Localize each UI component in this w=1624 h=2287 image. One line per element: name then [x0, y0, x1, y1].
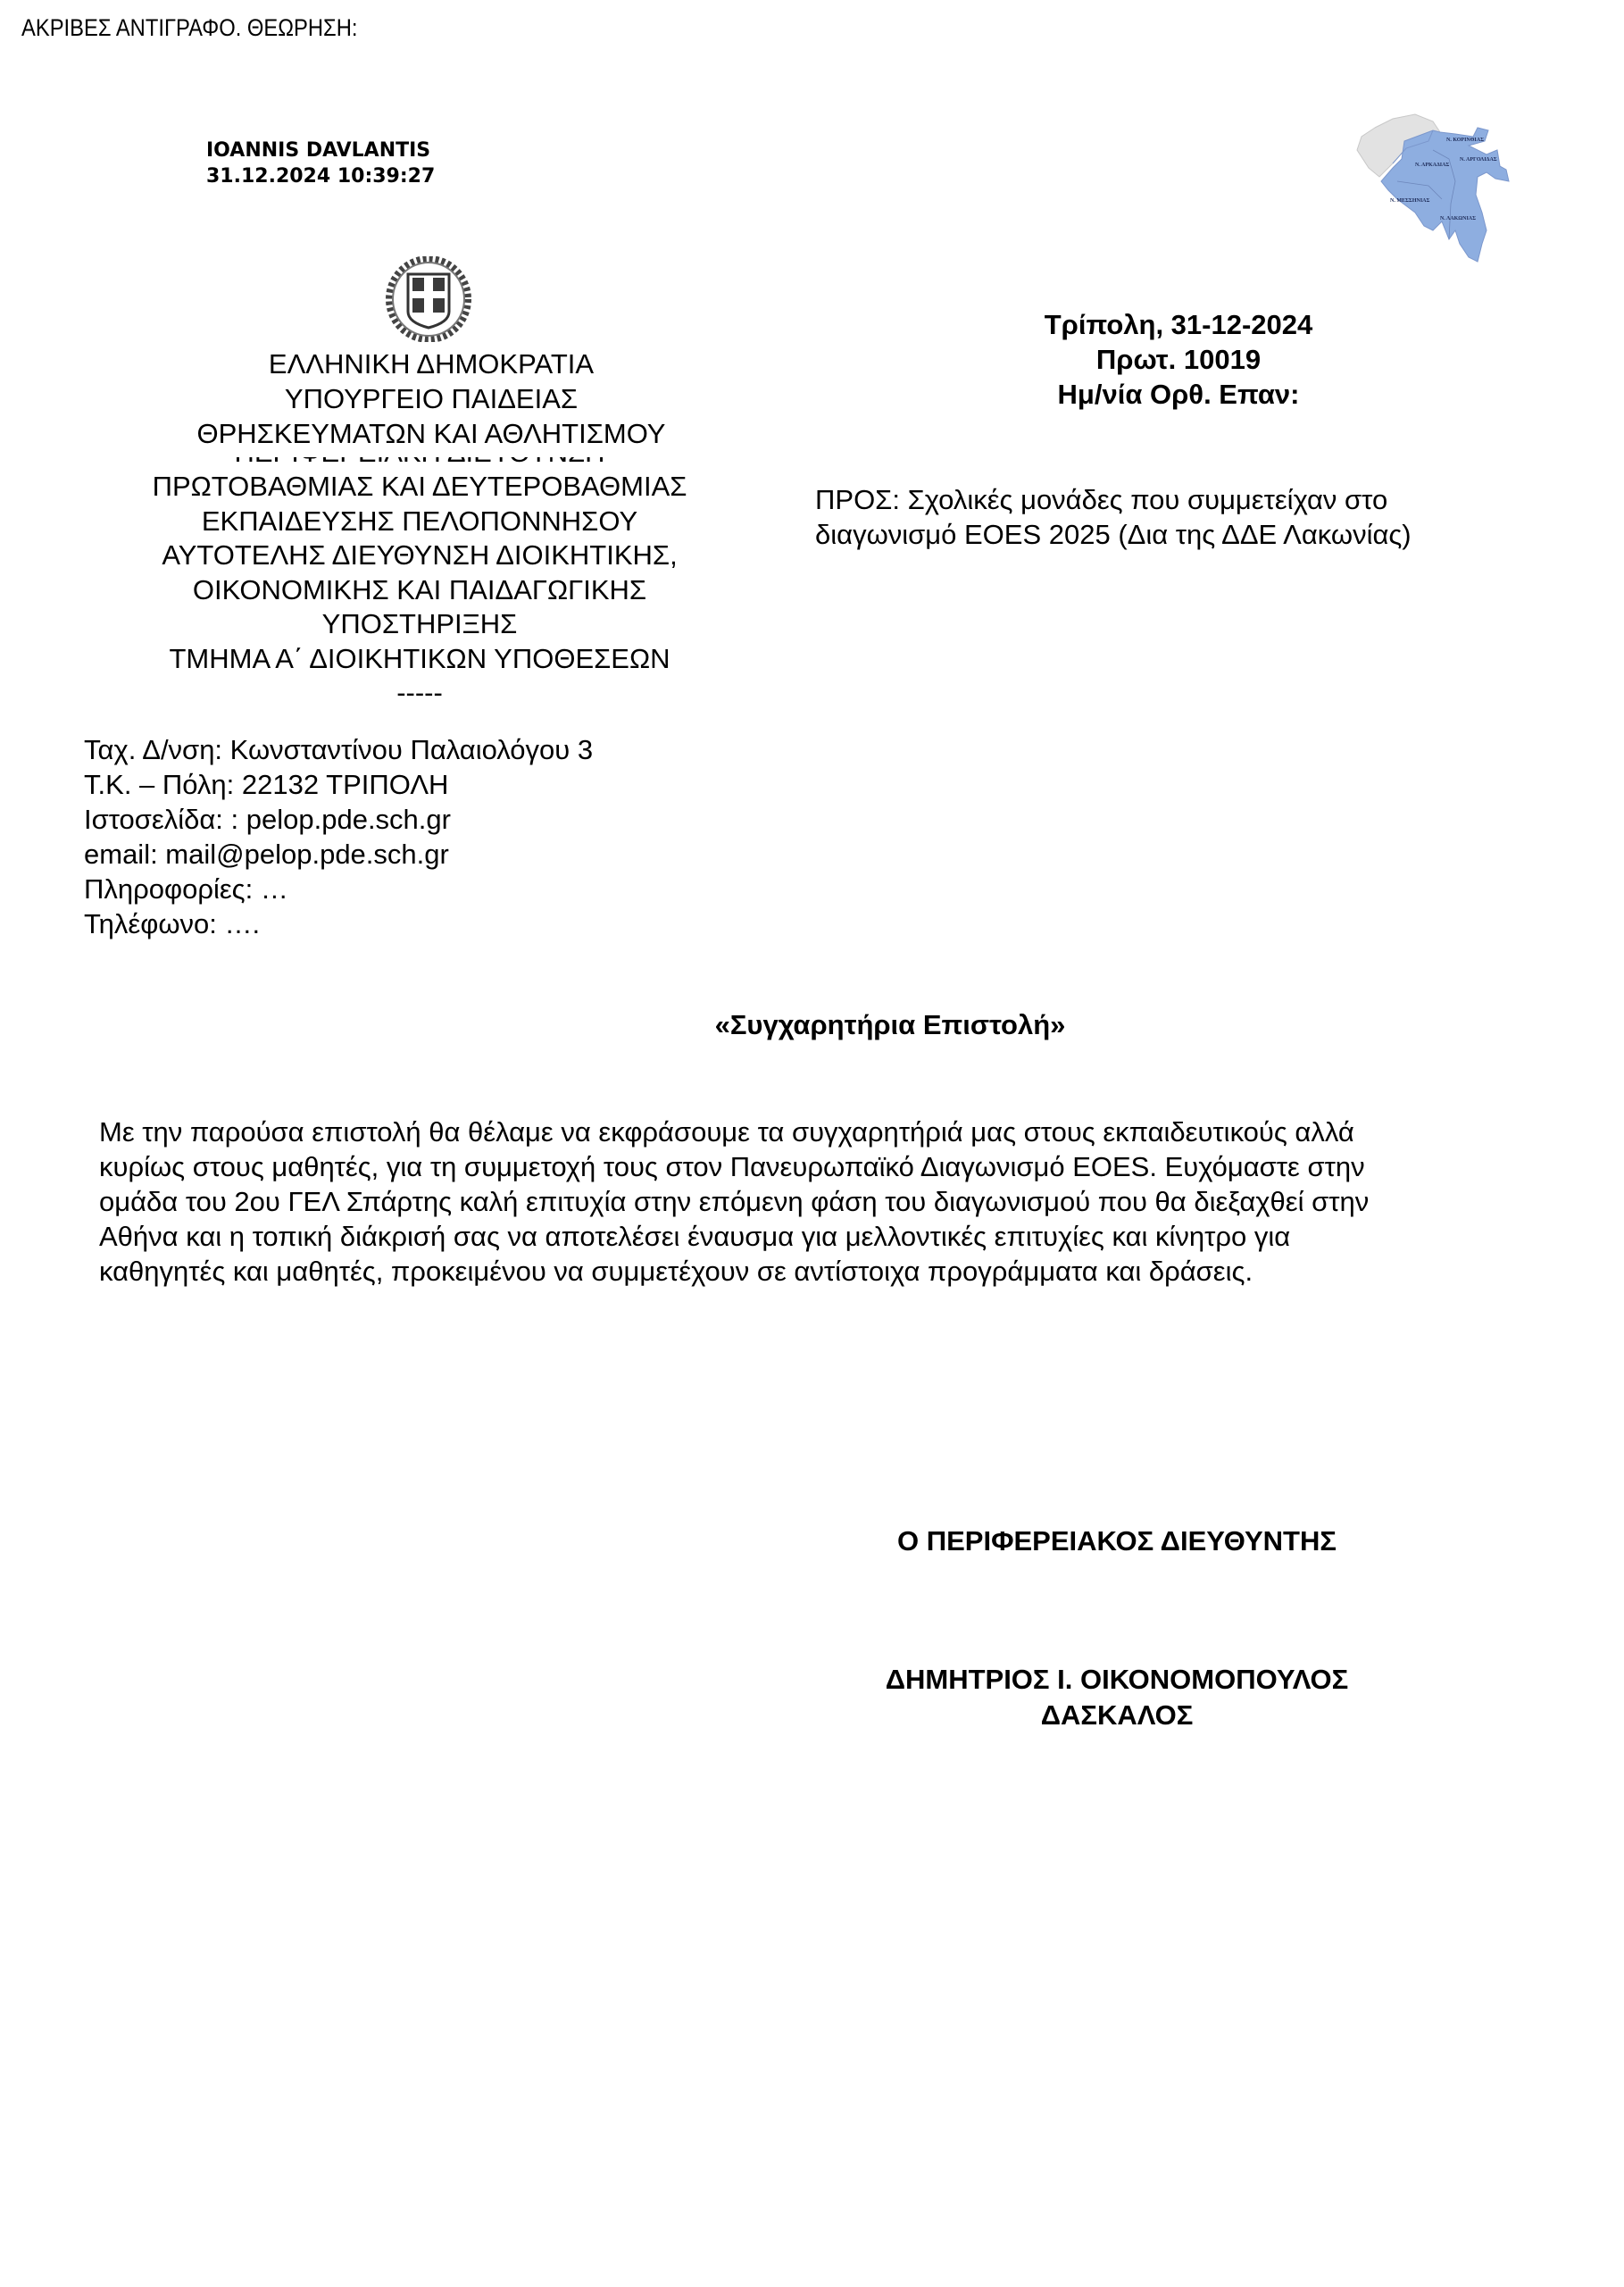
svg-text:Ν. ΑΡΚΑΔΙΑΣ: Ν. ΑΡΚΑΔΙΑΣ: [1415, 163, 1449, 168]
department-line: ΟΙΚΟΝΟΜΙΚΗΣ ΚΑΙ ΠΑΙΔΑΓΩΓΙΚΗΣ: [89, 573, 750, 608]
government-line: ΕΛΛΗΝΙΚΗ ΔΗΜΟΚΡΑΤΙΑ: [125, 346, 737, 381]
recipient-line: διαγωνισμό EOES 2025 (Δια της ΔΔΕ Λακωνί…: [815, 517, 1412, 552]
signatory-role: Ο ΠΕΡΙΦΕΡΕΙΑΚΟΣ ΔΙΕΥΘΥΝΤΗΣ: [786, 1523, 1448, 1558]
contact-block: Ταχ. Δ/νση: Κωνσταντίνου Παλαιολόγου 3 Τ…: [84, 732, 593, 941]
separator: -----: [89, 676, 750, 711]
department-line: ΤΜΗΜΑ Α΄ ΔΙΟΙΚΗΤΙΚΩΝ ΥΠΟΘΕΣΕΩΝ: [89, 642, 750, 677]
digital-signature-stamp: IOANNIS DAVLANTIS 31.12.2024 10:39:27: [206, 138, 435, 189]
issuer-government: ΕΛΛΗΝΙΚΗ ΔΗΜΟΚΡΑΤΙΑ ΥΠΟΥΡΓΕΙΟ ΠΑΙΔΕΙΑΣ Θ…: [125, 346, 737, 451]
certified-copy-label: ΑΚΡΙΒΕΣ ΑΝΤΙΓΡΑΦΟ. ΘΕΩΡΗΣΗ:: [21, 14, 357, 42]
letter-title: «Συγχαρητήρια Επιστολή»: [0, 1009, 1624, 1041]
website: Ιστοσελίδα: : pelop.pde.sch.gr: [84, 802, 593, 837]
body-line: Αθήνα και η τοπική διάκρισή σας να αποτε…: [99, 1219, 1369, 1254]
signatory: ΔΗΜΗΤΡΙΟΣ Ι. ΟΙΚΟΝΟΜΟΠΟΥΛΟΣ ΔΑΣΚΑΛΟΣ: [786, 1662, 1448, 1733]
postal-code-city: Τ.Κ. – Πόλη: 22132 ΤΡΙΠΟΛΗ: [84, 767, 593, 802]
department-line: ΠΡΩΤΟΒΑΘΜΙΑΣ ΚΑΙ ΔΕΥΤΕΡΟΒΑΘΜΙΑΣ: [89, 470, 750, 505]
information: Πληροφορίες: …: [84, 872, 593, 906]
body-line: ομάδα του 2ου ΓΕΛ Σπάρτης καλή επιτυχία …: [99, 1184, 1369, 1219]
phone: Τηλέφωνο: ….: [84, 906, 593, 941]
body-line: καθηγητές και μαθητές, προκειμένου να συ…: [99, 1254, 1369, 1289]
recipient-block: ΠΡΟΣ: Σχολικές μονάδες που συμμετείχαν σ…: [815, 482, 1412, 552]
reference-block: Τρίπολη, 31-12-2024 Πρωτ. 10019 Ημ/νία Ο…: [973, 307, 1384, 412]
correction-date: Ημ/νία Ορθ. Επαν:: [973, 377, 1384, 412]
svg-text:Ν. ΜΕΣΣΗΝΙΑΣ: Ν. ΜΕΣΣΗΝΙΑΣ: [1390, 198, 1430, 204]
signer-name: IOANNIS DAVLANTIS: [206, 138, 435, 163]
protocol-number: Πρωτ. 10019: [973, 342, 1384, 377]
body-line: Με την παρούσα επιστολή θα θέλαμε να εκφ…: [99, 1114, 1369, 1149]
signatory-title: ΔΑΣΚΑΛΟΣ: [786, 1698, 1448, 1733]
department-line: ΥΠΟΣΤΗΡΙΞΗΣ: [89, 607, 750, 642]
signatory-name: ΔΗΜΗΤΡΙΟΣ Ι. ΟΙΚΟΝΟΜΟΠΟΥΛΟΣ: [786, 1662, 1448, 1698]
body-line: κυρίως στους μαθητές, για τη συμμετοχή τ…: [99, 1149, 1369, 1184]
issuer-department: ΠΕΡΙΦΕΡΕΙΑΚΗ ΔΙΕΥΘΥΝΣΗ ΠΡΩΤΟΒΑΘΜΙΑΣ ΚΑΙ …: [89, 457, 750, 711]
svg-text:Ν. ΛΑΚΩΝΙΑΣ: Ν. ΛΑΚΩΝΙΑΣ: [1440, 216, 1476, 221]
peloponnese-map-icon: Ν. ΚΟΡΙΝΘΙΑΣ Ν. ΑΡΓΟΛΙΔΑΣ Ν. ΑΡΚΑΔΙΑΣ Ν.…: [1344, 96, 1549, 271]
place-date: Τρίπολη, 31-12-2024: [973, 307, 1384, 342]
government-line: ΘΡΗΣΚΕΥΜΑΤΩΝ ΚΑΙ ΑΘΛΗΤΙΣΜΟΥ: [125, 416, 737, 451]
department-line: ΑΥΤΟΤΕΛΗΣ ΔΙΕΥΘΥΝΣΗ ΔΙΟΙΚΗΤΙΚΗΣ,: [89, 538, 750, 573]
greek-coat-of-arms-icon: [384, 256, 473, 342]
letter-body: Με την παρούσα επιστολή θα θέλαμε να εκφ…: [99, 1114, 1369, 1289]
postal-address: Ταχ. Δ/νση: Κωνσταντίνου Παλαιολόγου 3: [84, 732, 593, 767]
email: email: mail@pelop.pde.sch.gr: [84, 837, 593, 872]
government-line: ΥΠΟΥΡΓΕΙΟ ΠΑΙΔΕΙΑΣ: [125, 381, 737, 416]
recipient-line: ΠΡΟΣ: Σχολικές μονάδες που συμμετείχαν σ…: [815, 482, 1412, 517]
svg-text:Ν. ΑΡΓΟΛΙΔΑΣ: Ν. ΑΡΓΟΛΙΔΑΣ: [1460, 157, 1497, 163]
department-line-clipped: ΠΕΡΙΦΕΡΕΙΑΚΗ ΔΙΕΥΘΥΝΣΗ: [89, 457, 750, 470]
department-line: ΕΚΠΑΙΔΕΥΣΗΣ ΠΕΛΟΠΟΝΝΗΣΟΥ: [89, 505, 750, 539]
svg-text:Ν. ΚΟΡΙΝΘΙΑΣ: Ν. ΚΟΡΙΝΘΙΑΣ: [1446, 138, 1484, 143]
signature-timestamp: 31.12.2024 10:39:27: [206, 163, 435, 189]
